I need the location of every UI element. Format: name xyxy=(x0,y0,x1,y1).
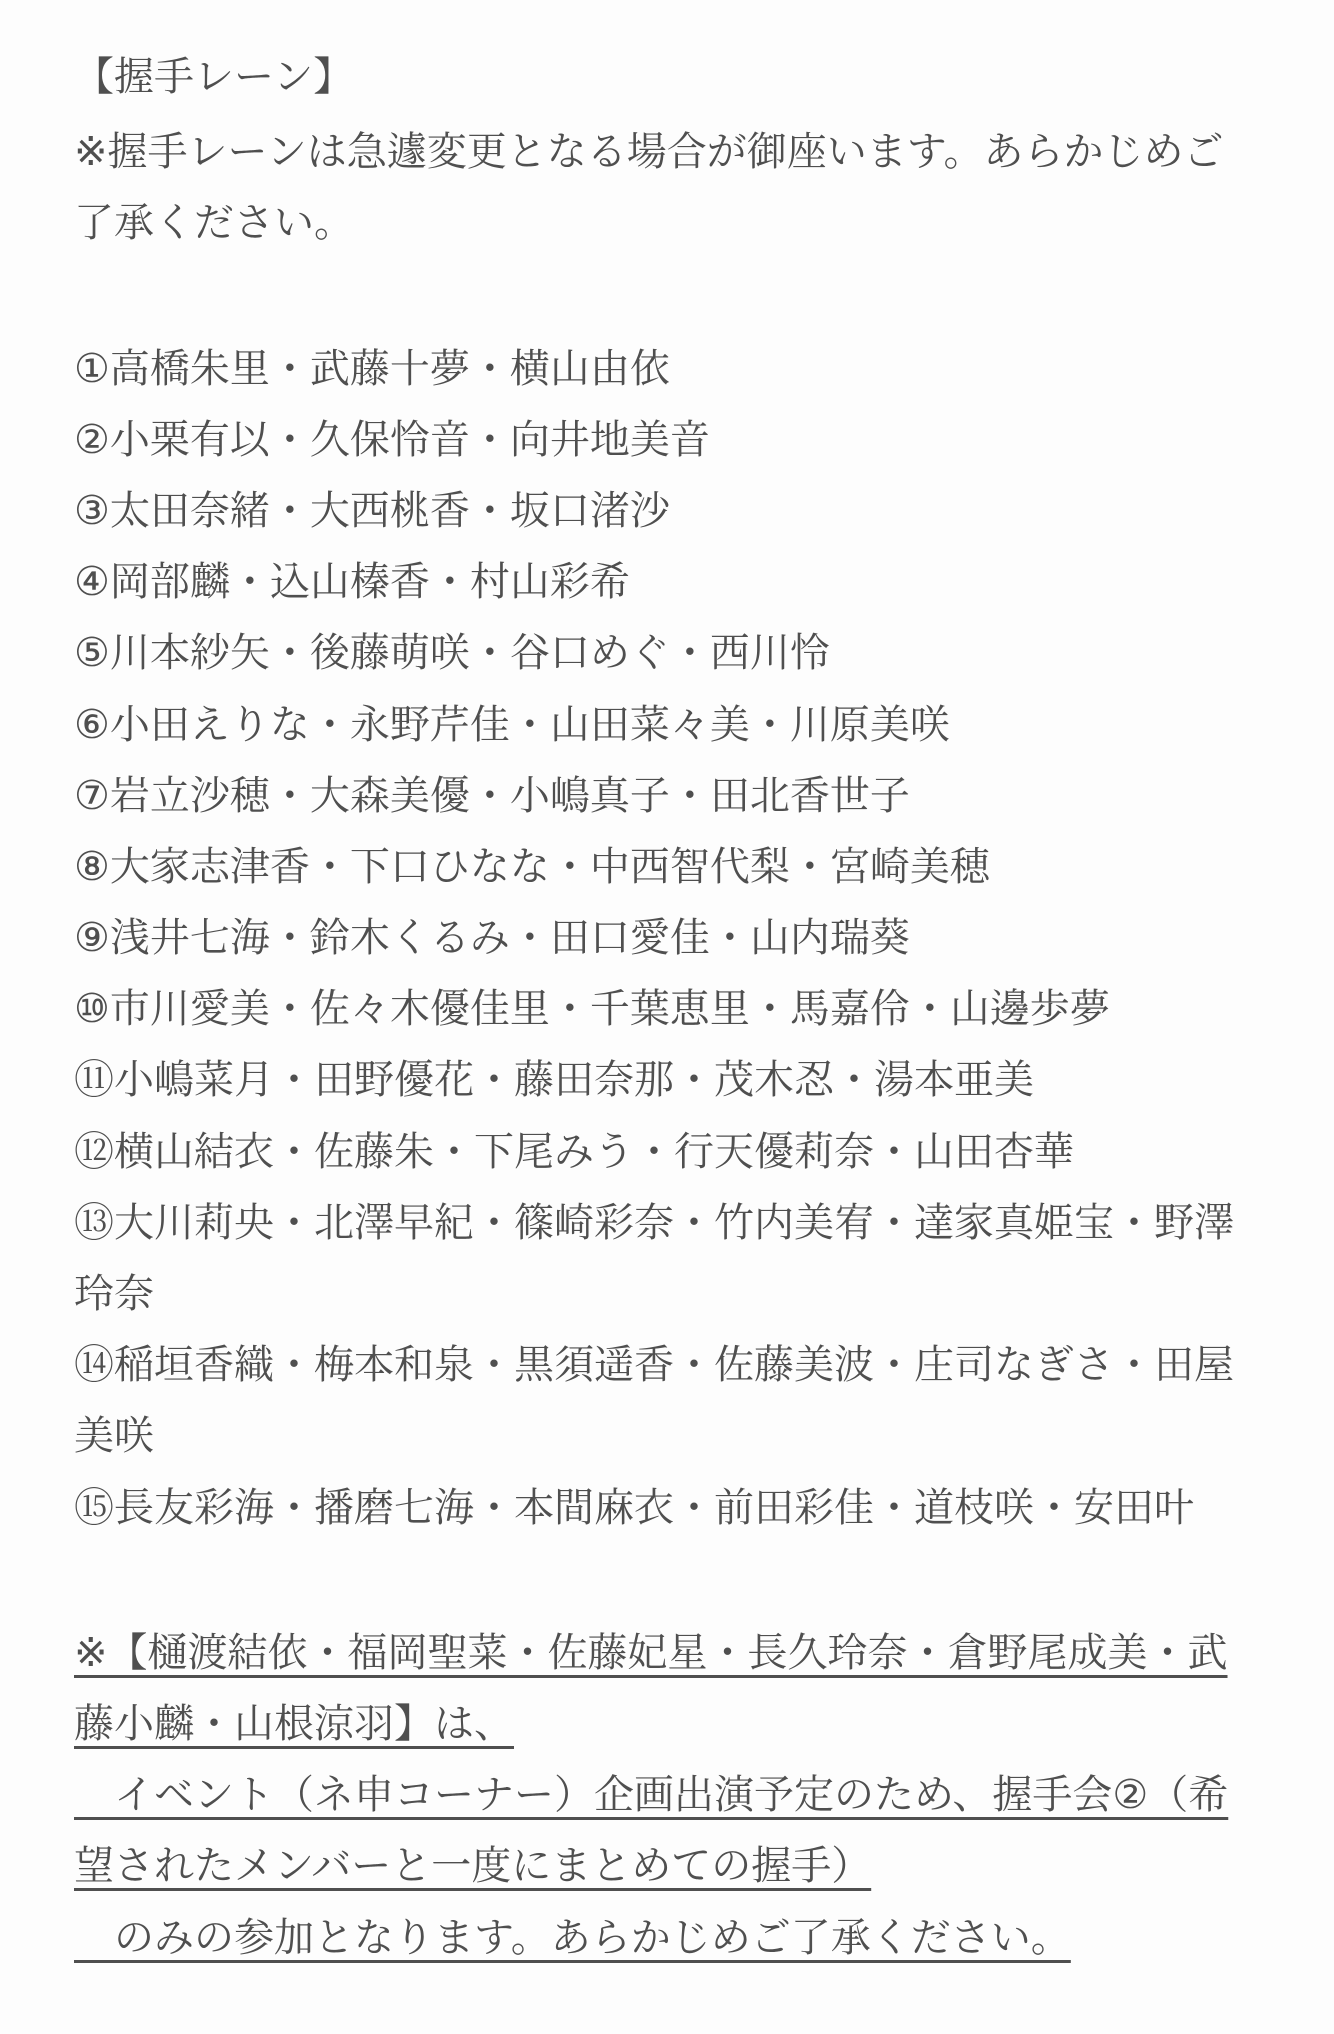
lane-6: ⑥小田えりな・永野芹佳・山田菜々美・川原美咲 xyxy=(74,690,1252,761)
lane-13: ⑬大川莉央・北澤早紀・篠崎彩奈・竹内美宥・達家真姫宝・野澤玲奈 xyxy=(74,1188,1252,1330)
lane-10: ⑩市川愛美・佐々木優佳里・千葉恵里・馬嘉伶・山邊歩夢 xyxy=(74,974,1252,1045)
lane-9: ⑨浅井七海・鈴木くるみ・田口愛佳・山内瑞葵 xyxy=(74,903,1252,974)
lane-3: ③太田奈緒・大西桃香・坂口渚沙 xyxy=(74,476,1252,547)
lane-1: ①高橋朱里・武藤十夢・横山由依 xyxy=(74,334,1252,405)
lane-8: ⑧大家志津香・下口ひなな・中西智代梨・宮崎美穂 xyxy=(74,832,1252,903)
document: 【握手レーン】 ※握手レーンは急遽変更となる場合が御座います。あらかじめご了承く… xyxy=(0,0,1322,2034)
lane-12: ⑫横山結衣・佐藤朱・下尾みう・行天優莉奈・山田杏華 xyxy=(74,1117,1252,1188)
lane-list: ①高橋朱里・武藤十夢・横山由依 ②小栗有以・久保怜音・向井地美音 ③太田奈緒・大… xyxy=(74,334,1252,1544)
lane-15: ⑮長友彩海・播磨七海・本間麻衣・前田彩佳・道枝咲・安田叶 xyxy=(74,1473,1252,1544)
lane-5: ⑤川本紗矢・後藤萌咲・谷口めぐ・西川怜 xyxy=(74,618,1252,689)
lane-14: ⑭稲垣香織・梅本和泉・黒須遥香・佐藤美波・庄司なぎさ・田屋美咲 xyxy=(74,1330,1252,1472)
page: { "document": { "title": "【握手レーン】", "not… xyxy=(0,0,1334,2034)
lane-11: ⑪小嶋菜月・田野優花・藤田奈那・茂木忍・湯本亜美 xyxy=(74,1045,1252,1116)
footnote-line-2: イベント（ネ申コーナー）企画出演予定のため、握手会②（希望されたメンバーと一度に… xyxy=(74,1760,1252,1902)
notice-text: ※握手レーンは急遽変更となる場合が御座います。あらかじめご了承ください。 xyxy=(74,117,1252,259)
footnote-line-1: ※【樋渡結依・福岡聖菜・佐藤妃星・長久玲奈・倉野尾成美・武藤小麟・山根涼羽】は、 xyxy=(74,1618,1252,1760)
footnote: ※【樋渡結依・福岡聖菜・佐藤妃星・長久玲奈・倉野尾成美・武藤小麟・山根涼羽】は、… xyxy=(74,1618,1252,1974)
lane-7: ⑦岩立沙穂・大森美優・小嶋真子・田北香世子 xyxy=(74,761,1252,832)
footnote-line-3: のみの参加となります。あらかじめご了承ください。 xyxy=(74,1903,1252,1974)
lane-2: ②小栗有以・久保怜音・向井地美音 xyxy=(74,405,1252,476)
lane-4: ④岡部麟・込山榛香・村山彩希 xyxy=(74,547,1252,618)
document-title: 【握手レーン】 xyxy=(74,42,1252,113)
